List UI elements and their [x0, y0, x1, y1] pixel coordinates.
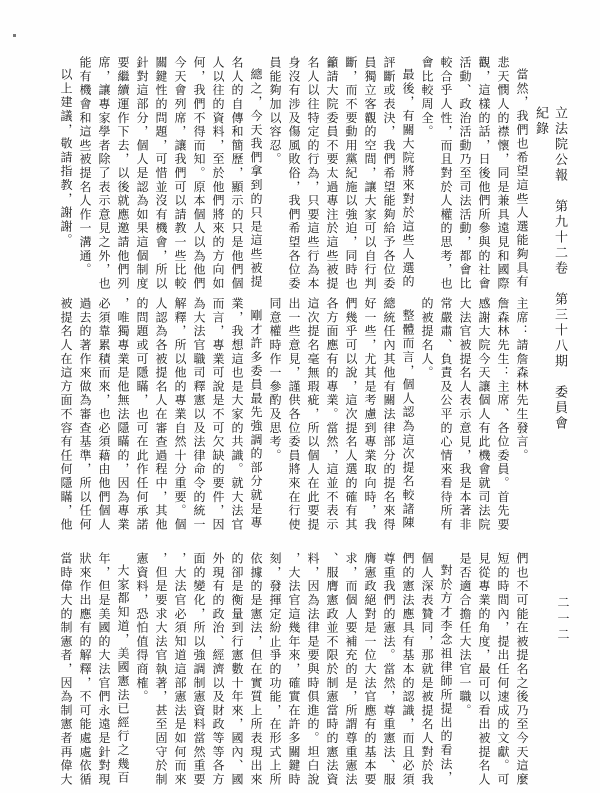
band1-paragraph-2: 最後，有關大院將來對於這些人選的評斷或表決，我們希望能夠給予各位委員獨立客觀的空… [265, 56, 417, 292]
page-number: 二一二 [555, 596, 572, 644]
text-band-upper: 當然，我們也希望這些人選能夠具有悲天憫人的襟懷，同是兼具遠見和國際觀，這樣的話，… [55, 56, 531, 292]
band1-paragraph-3: 總之，今天我們拿到的只是這些被提名人的自傳和簡歷，顯示的只是他們個人以往的資料，… [75, 56, 265, 292]
text-band-middle: 主席：請詹森林先生發言。 詹森林先生：主席、各位委員。首先要感謝大院今天讓個人有… [55, 297, 531, 533]
gazette-header-title: 立法院公報 第九十二卷 第三十八期 委員會紀錄 [532, 106, 570, 436]
band2-paragraph-speaker-opening: 詹森林先生：主席、各位委員。首先要感謝大院今天讓個人有此機會就司法院大法官被提名… [417, 297, 512, 533]
scan-artifact-speck [13, 34, 16, 37]
band1-paragraph-1: 當然，我們也希望這些人選能夠具有悲天憫人的襟懷，同是兼具遠見和國際觀，這樣的話，… [417, 56, 531, 292]
band3-paragraph-2: 對於方才李念祖律師所提出的看法，個人深表贊同，那就是被提名人對於我們的憲法應具有… [132, 552, 455, 788]
gazette-scanned-page: 立法院公報 第九十二卷 第三十八期 委員會紀錄 二一二 當然，我們也希望這些人選… [0, 0, 600, 793]
band2-paragraph-4: 剛才許多委員最先強調的部分就是專業，我想這也是大家的共識。就大法官而言，專業可說… [56, 297, 265, 533]
band2-paragraph-chair: 主席：請詹森林先生發言。 [512, 297, 531, 533]
band2-paragraph-3: 整體而言，個人認為這次提名較諸陳總統任內其他有關法律部分的提名來得好一些，尤其是… [265, 297, 417, 533]
band3-paragraph-3: 大家都知道，美國憲法已經行之幾百年，但是美國的大法官們永遠是針對現狀來作出應有的… [56, 552, 132, 788]
band1-paragraph-4: 以上建議，敬請指教，謝謝。 [56, 56, 75, 292]
band3-paragraph-continuation: 們也不可能在被提名之後乃至今天這麼短的時間內，提出任何速成的文獻。可見從專業的角… [455, 552, 531, 788]
text-band-lower: 們也不可能在被提名之後乃至今天這麼短的時間內，提出任何速成的文獻。可見從專業的角… [55, 552, 531, 788]
